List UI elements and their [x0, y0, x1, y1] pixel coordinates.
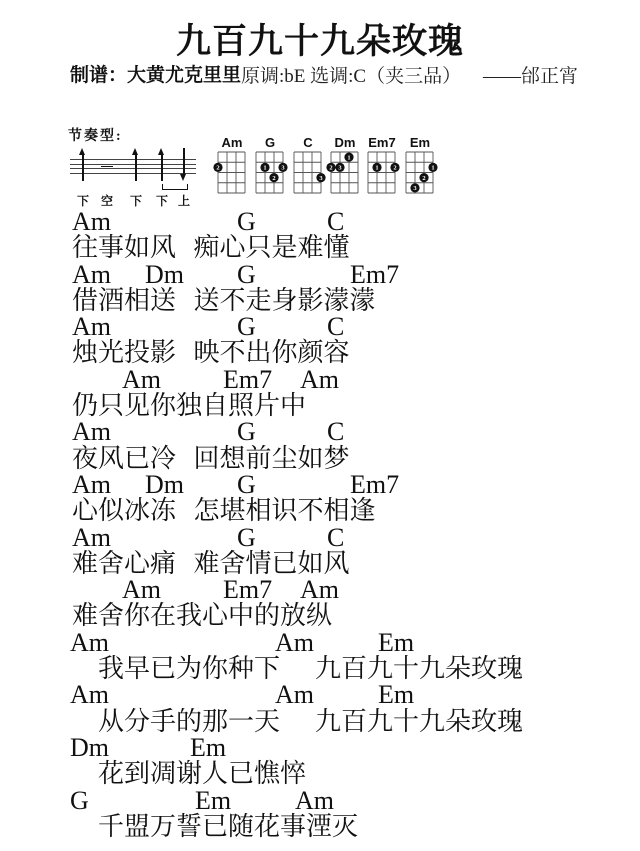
- chord-diagram-name: C: [288, 135, 328, 150]
- chord-row: AmGC: [0, 314, 640, 340]
- fretboard-grid: 123: [400, 150, 440, 197]
- chord-row: AmGC: [0, 209, 640, 235]
- chord-diagram-name: G: [250, 135, 290, 150]
- strum-beat-label: 上: [176, 192, 192, 209]
- fretboard-grid: 3: [288, 150, 328, 197]
- chord-diagram-row: Am2G132C3Dm123Em712Em123: [210, 135, 450, 199]
- chord-label: Am: [72, 525, 111, 551]
- svg-text:2: 2: [216, 165, 219, 172]
- fretboard-grid: 132: [250, 150, 290, 197]
- chord-row: AmDmGEm7: [0, 262, 640, 288]
- chord-label: G: [237, 525, 256, 551]
- lyric-line: 夜风已冷 回想前尘如梦: [72, 446, 640, 472]
- chord-label: Am: [72, 209, 111, 235]
- chord-row: AmDmGEm7: [0, 472, 640, 498]
- chord-label: Em7: [350, 472, 399, 498]
- lyric-chord-lines: AmGC往事如风 痴心只是难懂AmDmGEm7借酒相送 送不走身影濛濛AmGC烛…: [0, 209, 640, 840]
- svg-text:1: 1: [347, 154, 350, 161]
- rhythm-pattern-label: 节奏型:: [68, 125, 123, 145]
- rest-dash: [101, 166, 113, 168]
- lyric-line: 千盟万誓已随花事湮灭: [98, 814, 640, 840]
- fretboard-grid: 12: [362, 150, 402, 197]
- arrow-stem: [183, 148, 185, 175]
- chord-label: Am: [300, 577, 339, 603]
- svg-text:1: 1: [263, 165, 266, 172]
- chord-label: Am: [295, 788, 334, 814]
- line-pair: AmAmEm从分手的那一天 九百九十九朵玫瑰: [0, 682, 640, 735]
- chord-label: Am: [72, 419, 111, 445]
- chord-label: Em7: [223, 367, 272, 393]
- svg-text:1: 1: [431, 165, 434, 172]
- chord-diagram-G: G132: [250, 135, 290, 202]
- chord-diagram-Dm: Dm123: [325, 135, 365, 202]
- chord-label: Em: [378, 630, 414, 656]
- beat-bracket: [162, 184, 188, 190]
- chord-diagram-name: Em: [400, 135, 440, 150]
- chord-row: AmAmEm: [0, 630, 640, 656]
- staff-line: [70, 159, 196, 160]
- lyric-line: 难舍心痛 难舍情已如风: [72, 551, 640, 577]
- line-pair: AmAmEm我早已为你种下 九百九十九朵玫瑰: [0, 630, 640, 683]
- chord-label: Am: [122, 577, 161, 603]
- chord-sheet-page: 九百九十九朵玫瑰 制谱：大黄尤克里里 原调:bE 选调:C（夹三品） ——邰正宵…: [0, 0, 640, 851]
- chord-label: C: [327, 209, 344, 235]
- lyric-line: 从分手的那一天 九百九十九朵玫瑰: [98, 709, 640, 735]
- chord-label: Dm: [145, 472, 184, 498]
- chord-label: Em7: [223, 577, 272, 603]
- chord-row: AmEm7Am: [0, 577, 640, 603]
- lyric-line: 借酒相送 送不走身影濛濛: [72, 288, 640, 314]
- chord-diagram-name: Em7: [362, 135, 402, 150]
- chord-label: Em7: [350, 262, 399, 288]
- chord-diagram-name: Dm: [325, 135, 365, 150]
- chord-label: Dm: [145, 262, 184, 288]
- chord-label: Am: [300, 367, 339, 393]
- line-pair: AmDmGEm7心似冰冻 怎堪相识不相逢: [0, 472, 640, 525]
- chord-row: AmEm7Am: [0, 367, 640, 393]
- chord-label: Em: [190, 735, 226, 761]
- staff-line: [70, 173, 196, 174]
- svg-text:2: 2: [393, 165, 396, 172]
- staff-line: [70, 164, 196, 165]
- lyric-line: 仍只见你独自照片中: [72, 393, 640, 419]
- staff-line: [70, 168, 196, 169]
- line-pair: AmEm7Am仍只见你独自照片中: [0, 367, 640, 420]
- chord-label: C: [327, 419, 344, 445]
- lyric-line: 烛光投影 映不出你颜容: [72, 340, 640, 366]
- line-pair: AmDmGEm7借酒相送 送不走身影濛濛: [0, 262, 640, 315]
- line-pair: GEmAm千盟万誓已随花事湮灭: [0, 788, 640, 841]
- svg-text:2: 2: [329, 165, 332, 172]
- chord-diagram-Em7: Em712: [362, 135, 402, 202]
- arrow-stem: [161, 153, 163, 181]
- lyric-line: 难舍你在我心中的放纵: [72, 603, 640, 629]
- lyric-line: 花到凋谢人已憔悴: [98, 761, 640, 787]
- chord-row: DmEm: [0, 735, 640, 761]
- strum-beat-label: 下: [128, 192, 144, 209]
- line-pair: AmGC烛光投影 映不出你颜容: [0, 314, 640, 367]
- line-pair: AmGC往事如风 痴心只是难懂: [0, 209, 640, 262]
- chord-label: G: [237, 262, 256, 288]
- chord-label: Am: [122, 367, 161, 393]
- lyric-line: 心似冰冻 怎堪相识不相逢: [72, 498, 640, 524]
- chord-row: AmGC: [0, 525, 640, 551]
- chord-row: AmAmEm: [0, 682, 640, 708]
- chord-label: C: [327, 314, 344, 340]
- chord-row: GEmAm: [0, 788, 640, 814]
- chord-label: Am: [72, 262, 111, 288]
- fretboard-grid: 2: [212, 150, 252, 197]
- chord-label: Dm: [70, 735, 109, 761]
- chord-row: AmGC: [0, 419, 640, 445]
- key-info: 原调:bE 选调:C（夹三品）: [241, 61, 461, 88]
- song-title: 九百九十九朵玫瑰: [0, 14, 640, 64]
- chord-diagram-Am: Am2: [212, 135, 252, 202]
- svg-text:1: 1: [375, 165, 378, 172]
- strum-pattern-diagram: 下空下下上: [70, 146, 202, 208]
- chord-label: Am: [72, 472, 111, 498]
- chord-label: G: [237, 472, 256, 498]
- chord-diagram-Em: Em123: [400, 135, 440, 202]
- svg-text:2: 2: [422, 175, 425, 182]
- chord-label: Am: [72, 314, 111, 340]
- chord-label: Am: [70, 682, 109, 708]
- lyric-line: 往事如风 痴心只是难懂: [72, 235, 640, 261]
- line-pair: AmEm7Am难舍你在我心中的放纵: [0, 577, 640, 630]
- chord-label: G: [237, 209, 256, 235]
- lyric-line: 我早已为你种下 九百九十九朵玫瑰: [98, 656, 640, 682]
- chord-diagram-C: C3: [288, 135, 328, 202]
- chord-label: Em: [378, 682, 414, 708]
- chord-label: C: [327, 525, 344, 551]
- transcriber-credit: 制谱：大黄尤克里里: [70, 60, 241, 87]
- chord-label: G: [237, 419, 256, 445]
- line-pair: AmGC夜风已冷 回想前尘如梦: [0, 419, 640, 472]
- strum-beat-label: 下: [154, 192, 170, 209]
- arrow-stem: [135, 153, 137, 181]
- chord-label: G: [70, 788, 89, 814]
- fretboard-grid: 123: [325, 150, 365, 197]
- chord-diagram-name: Am: [212, 135, 252, 150]
- arrow-stem: [82, 153, 84, 181]
- down-arrow-icon: [180, 174, 186, 181]
- artist-name: ——邰正宵: [483, 61, 578, 88]
- chord-label: Am: [275, 630, 314, 656]
- chord-label: Am: [275, 682, 314, 708]
- chord-label: Am: [70, 630, 109, 656]
- meta-row: 制谱：大黄尤克里里 原调:bE 选调:C（夹三品） ——邰正宵: [0, 60, 640, 88]
- line-pair: AmGC难舍心痛 难舍情已如风: [0, 525, 640, 578]
- svg-text:2: 2: [272, 175, 275, 182]
- chord-label: G: [237, 314, 256, 340]
- line-pair: DmEm花到凋谢人已憔悴: [0, 735, 640, 788]
- chord-label: Em: [195, 788, 231, 814]
